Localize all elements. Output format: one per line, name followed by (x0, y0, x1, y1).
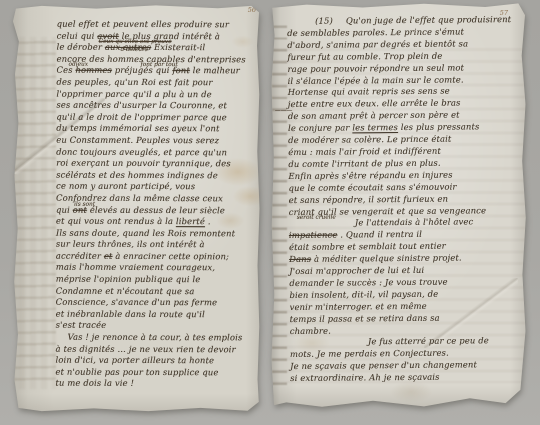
line-text: rage pour pouvoir répondre un seul mot (287, 62, 464, 74)
manuscript-line: du temps immémorial ses ayeux l'ont (56, 123, 245, 135)
line-text: mais l'homme vraiement courageux, (56, 262, 215, 273)
struck-word: Dans (289, 254, 311, 264)
manuscript-line: ses ancêtres d'usurper la Couronne, et (56, 100, 245, 112)
manuscript-line: quel effet et peuvent elles produire sur (57, 19, 246, 31)
ink-showthrough-left-margin (14, 37, 56, 389)
interlinear-insertion: seroit cruelle (297, 213, 336, 225)
line-text: et n'oublie pas pour ton supplice que (55, 366, 218, 377)
underlined-word: liberté (176, 216, 205, 226)
line-text: les plus pressants (398, 121, 480, 132)
line-text: loin d'ici, va porter ailleurs ta honte (55, 355, 214, 366)
left-page-paper: 56 quel effet et peuvent elles produire … (12, 5, 260, 412)
line-text: quel effet et peuvent elles produire sur (57, 19, 229, 30)
page-number-left: 56 (248, 6, 256, 14)
line-text: de semblables paroles. Le prince s'émut (287, 26, 464, 38)
line-text: . (205, 216, 211, 226)
manuscript-line: Ils sans doute, quand les Rois remontent (56, 227, 245, 239)
manuscript-line: ils sontqui ont élevés au dessus de leur… (56, 204, 245, 216)
line-text: que le comte écoutait sans s'émouvoir (288, 181, 456, 192)
line-text: ——— (275, 108, 292, 114)
line-text: d'ailleurs (121, 47, 148, 53)
line-text: qu'il a le droit de l'opprimer parce que (56, 111, 227, 122)
line-text: et qui vous ont rendus à la (56, 216, 176, 226)
line-text: Qu'on juge de l'effet que produisirent (346, 14, 511, 25)
manuscript-line: scélérats et des hommes indignes de (56, 169, 245, 181)
line-text: ils sont (74, 201, 95, 207)
line-text: Vas ! je renonce à ta cour, à tes emploi… (68, 332, 243, 343)
manuscript-line: tu me dois la vie ! (55, 378, 244, 390)
line-text: odieux (68, 62, 88, 68)
manuscript-line: donc toujours aveuglés, et parce qu'un (56, 146, 245, 158)
manuscript-line: ce nom y auront participé, vous (56, 181, 245, 193)
line-text: J'osai m'approcher de lui et lui (289, 265, 424, 276)
line-text: seroit cruelle (297, 215, 336, 221)
line-text: Je fus atterré par ce peu de (368, 336, 489, 347)
line-text: de modérer sa colère. Le prince était (288, 134, 451, 145)
line-text: si extraordinaire. Ah je ne sçavais (290, 372, 439, 383)
line-text: Conscience, s'avance d'un pas ferme (56, 297, 218, 308)
line-text: tu me dois la vie ! (55, 378, 134, 388)
manuscript-line: s'est tracée (56, 320, 245, 332)
manuscript-line: et n'oublie pas pour ton supplice que (55, 366, 244, 378)
line-text: mots. Je me perdais en Conjectures. (290, 348, 449, 359)
manuscript-line: et inébranlable dans la route qu'il (56, 309, 245, 321)
line-text: du temps immémorial ses ayeux l'ont (56, 123, 219, 134)
line-text: Hortense qui avait repris ses sens se (288, 86, 450, 97)
manuscript-line: l'opprimer parce qu'il a plu à un de (56, 88, 245, 100)
right-page-paper: 57 (15)Qu'on juge de l'effet que produis… (271, 3, 526, 408)
line-text: ce nom y auront participé, vous (56, 181, 195, 191)
line-text: à enraciner cette opinion; (112, 251, 229, 261)
line-text: ému : mais l'air froid et indifférent (288, 146, 441, 157)
manuscript-line: Condamne et n'écoutant que sa (56, 285, 245, 297)
interlinear-insertion: font par tout (140, 60, 177, 72)
manuscript-line: et qui vous ont rendus à la liberté . (56, 216, 245, 228)
struck-word: et (104, 251, 113, 261)
interlinear-insertion: ——— (275, 106, 292, 118)
line-text: celui qui (57, 30, 98, 40)
line-text: temps il passa et se retira dans sa (290, 312, 440, 323)
line-text: du comte l'irritant de plus en plus. (288, 158, 440, 169)
manuscript-line: sur leurs thrônes, ils ont intérêt à (56, 239, 245, 251)
manuscript-line: roi exerçant un pouvoir tyrannique, des (56, 158, 245, 170)
manuscript-line: méprise l'opinion publique qui le (56, 274, 245, 286)
manuscript-line: des peuples, qu'un Roi est fait pour (56, 77, 245, 89)
line-text: s'est tracée (56, 320, 107, 330)
line-text: accréditer (56, 251, 104, 261)
manuscript-line: qu'il a le droit de l'opprimer parce que (56, 111, 245, 123)
line-text: . Quand il rentra il (337, 229, 422, 240)
left-page: 56 quel effet et peuvent elles produire … (12, 5, 260, 412)
line-text: Ils sans doute, quand les Rois remontent (56, 227, 235, 238)
line-text: Je ne sçavais que penser d'un changement (290, 360, 477, 372)
line-text: donc toujours aveuglés, et parce qu'un (56, 146, 227, 157)
line-text: font par tout (140, 62, 177, 68)
manuscript-line: mais l'homme vraiement courageux, (56, 262, 245, 274)
line-text: était sombre et semblait tout entier (289, 241, 446, 252)
line-text: à tes dignités … je ne veux rien te devo… (55, 343, 235, 354)
line-text: et inébranlable dans la route qu'il (56, 309, 205, 320)
manuscript-text-right: (15)Qu'on juge de l'effet que produisire… (287, 14, 514, 385)
line-text: roi exerçant un pouvoir tyrannique, des (56, 158, 231, 169)
line-text: fureur fut au comble. Trop plein de (287, 50, 442, 61)
manuscript-line: si extraordinaire. Ah je ne sçavais (290, 371, 514, 385)
underlined-word: les termes (352, 122, 398, 132)
line-text: jette entre eux deux. elle arrête le bra… (288, 98, 461, 110)
line-text: Condamne et n'écoutant que sa (56, 285, 195, 295)
manuscript-photo: 56 quel effet et peuvent elles produire … (0, 0, 540, 425)
struck-word: impatience (289, 230, 338, 240)
right-page: 57 (15)Qu'on juge de l'effet que produis… (271, 3, 526, 408)
line-text: méprise l'opinion publique qui le (56, 274, 201, 285)
line-text: scélérats et des hommes indignes de (56, 169, 218, 180)
manuscript-line: odieuxfont par toutCes hommes préjugés q… (56, 65, 245, 77)
line-text: sur leurs thrônes, ils ont intérêt à (56, 239, 205, 250)
manuscript-line: accréditer et à enraciner cette opinion; (56, 251, 245, 263)
line-text: bien insolent, dit-il, vil paysan, de (289, 289, 438, 300)
line-text: Je l'attendais à l'hôtel avec (355, 217, 474, 228)
line-text: Enfin après s'être répandu en injures (288, 169, 452, 180)
manuscript-line: Vas ! je renonce à ta cour, à tes emploi… (56, 332, 245, 344)
ink-showthrough-gutter (272, 21, 287, 393)
line-text: le conjure par (288, 123, 352, 134)
manuscript-line: loin d'ici, va porter ailleurs ta honte (55, 355, 244, 367)
manuscript-text-left: quel effet et peuvent elles produire sur… (55, 19, 245, 391)
line-text: eu Constamment. Peuples vous serez (56, 135, 219, 146)
line-text: le malheur (190, 66, 240, 76)
line-text: ses ancêtres d'usurper la Couronne, et (56, 100, 227, 111)
section-marker: (15) (315, 16, 333, 28)
line-text: il s'élance l'épée à la main sur le comt… (288, 74, 464, 86)
manuscript-line: Ceux qu'elles ont prouvéd'ailleursle dér… (57, 42, 246, 54)
line-text: chambre. (290, 325, 331, 335)
line-text: de son amant prêt à percer son père et (288, 110, 460, 121)
line-text: et sans répondre, il sortit furieux en (289, 193, 449, 204)
line-text: d'abord, s'anima par degrés et bientôt s… (287, 38, 468, 50)
manuscript-line: Conscience, s'avance d'un pas ferme (56, 297, 245, 309)
line-text: qui (56, 204, 73, 214)
line-text: des peuples, qu'un Roi est fait pour (56, 77, 212, 88)
manuscript-line: à tes dignités … je ne veux rien te devo… (55, 343, 244, 355)
line-text: l'opprimer parce qu'il a plu à un de (56, 88, 211, 99)
line-text: élevés au dessus de leur siècle (87, 204, 225, 214)
interlinear-insertion: ils sont (74, 199, 95, 211)
manuscript-line: eu Constamment. Peuples vous serez (56, 135, 245, 147)
line-text: à méditer quelque sinistre projet. (311, 253, 462, 264)
line-text: venir m'interroger. et en même (289, 301, 426, 312)
line-text: demander le succès : Je vous trouve (289, 277, 447, 288)
interlinear-insertion: odieux (68, 60, 88, 72)
